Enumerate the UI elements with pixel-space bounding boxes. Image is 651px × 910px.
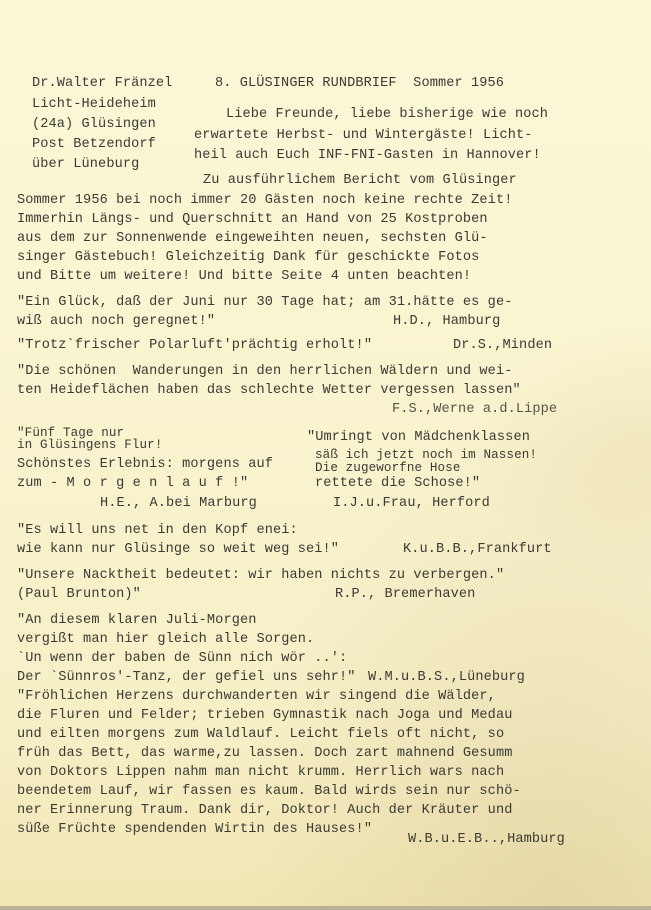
quote-line: süße Früchte spendenden Wirtin des Hause… (17, 820, 372, 839)
quote-line: "Die schönen Wanderungen in den herrlich… (17, 362, 512, 381)
quote-line: "An diesem klaren Juli-Morgen (17, 611, 256, 630)
quote-line: beendetem Lauf, wir fassen es kaum. Bald… (17, 782, 521, 801)
quote-line: vergißt man hier gleich alle Sorgen. (17, 630, 314, 649)
quote-line: "Unsere Nacktheit bedeutet: wir haben ni… (17, 566, 504, 585)
quote-line: ten Heideflächen haben das schlechte Wet… (17, 381, 521, 400)
quote-line: `Un wenn der baben de Sünn nich wör ..': (17, 649, 347, 668)
quote-author: K.u.B.B.,Frankfurt (403, 540, 552, 559)
intro-line: Sommer 1956 bei noch immer 20 Gästen noc… (17, 191, 512, 210)
quote-line: "Umringt von Mädchenklassen (307, 428, 530, 447)
quote-line: früh das Bett, das warme,zu lassen. Doch… (17, 744, 512, 763)
quote-author: H.E., A.bei Marburg (100, 494, 257, 513)
quote-line: in Glüsingens Flur! (17, 439, 163, 452)
quote-author: Dr.S.,Minden (453, 336, 552, 355)
intro-line: singer Gästebuch! Gleichzeitig Dank für … (17, 248, 479, 267)
quote-line: ner Erinnerung Traum. Dank dir, Doktor! … (17, 801, 512, 820)
intro-line: Zu ausführlichem Bericht vom Glüsinger (203, 171, 517, 190)
quote-author: F.S.,Werne a.d.Lippe (392, 400, 557, 419)
quote-author: W.M.u.B.S.,Lüneburg (368, 668, 525, 687)
sender-line: (24a) Glüsingen (32, 115, 156, 134)
greeting-line: Liebe Freunde, liebe bisherige wie noch (226, 105, 548, 124)
quote-line: (Paul Brunton)" (17, 585, 141, 604)
intro-line: Immerhin Längs- und Querschnitt an Hand … (17, 210, 488, 229)
quote-line: "Ein Glück, daß der Juni nur 30 Tage hat… (17, 293, 512, 312)
sender-line: über Lüneburg (32, 155, 139, 174)
typewritten-letter-page: Dr.Walter Fränzel Licht-Heideheim (24a) … (0, 0, 651, 910)
quote-line: wiß auch noch geregnet!" (17, 312, 215, 331)
quote-line: "Fröhlichen Herzens durchwanderten wir s… (17, 687, 496, 706)
quote-author: R.P., Bremerhaven (335, 585, 475, 604)
quote-line: wie kann nur Glüsinge so weit weg sei!" (17, 540, 339, 559)
quote-author: I.J.u.Frau, Herford (333, 494, 490, 513)
greeting-line: heil auch Euch INF-FNI-Gasten in Hannove… (194, 146, 541, 165)
quote-author: H.D., Hamburg (393, 312, 500, 331)
sender-line: Post Betzendorf (32, 135, 156, 154)
quote-line: zum - M o r g e n l a u f !" (17, 474, 248, 493)
sender-line: Licht-Heideheim (32, 95, 156, 114)
newsletter-title: 8. GLÜSINGER RUNDBRIEF Sommer 1956 (215, 74, 504, 93)
quote-author: W.B.u.E.B..,Hamburg (408, 830, 565, 849)
quote-line: Schönstes Erlebnis: morgens auf (17, 455, 273, 474)
quote-line: und eilten morgens zum Waldlauf. Leicht … (17, 725, 504, 744)
greeting-line: erwartete Herbst- und Wintergäste! Licht… (194, 126, 533, 145)
quote-line: rettete die Schose!" (315, 474, 480, 493)
quote-line: "Es will uns net in den Kopf enei: (17, 521, 298, 540)
quote-line: die Fluren und Felder; trieben Gymnastik… (17, 706, 512, 725)
sender-name: Dr.Walter Fränzel (32, 74, 172, 93)
quote-line: "Trotz`frischer Polarluft'prächtig erhol… (17, 336, 372, 355)
intro-line: und Bitte um weitere! Und bitte Seite 4 … (17, 267, 471, 286)
quote-line: Der `Sünnros'-Tanz, der gefiel uns sehr!… (17, 668, 356, 687)
quote-line: von Doktors Lippen nahm man nicht krumm.… (17, 763, 504, 782)
intro-line: aus dem zur Sonnenwende eingeweihten neu… (17, 229, 488, 248)
